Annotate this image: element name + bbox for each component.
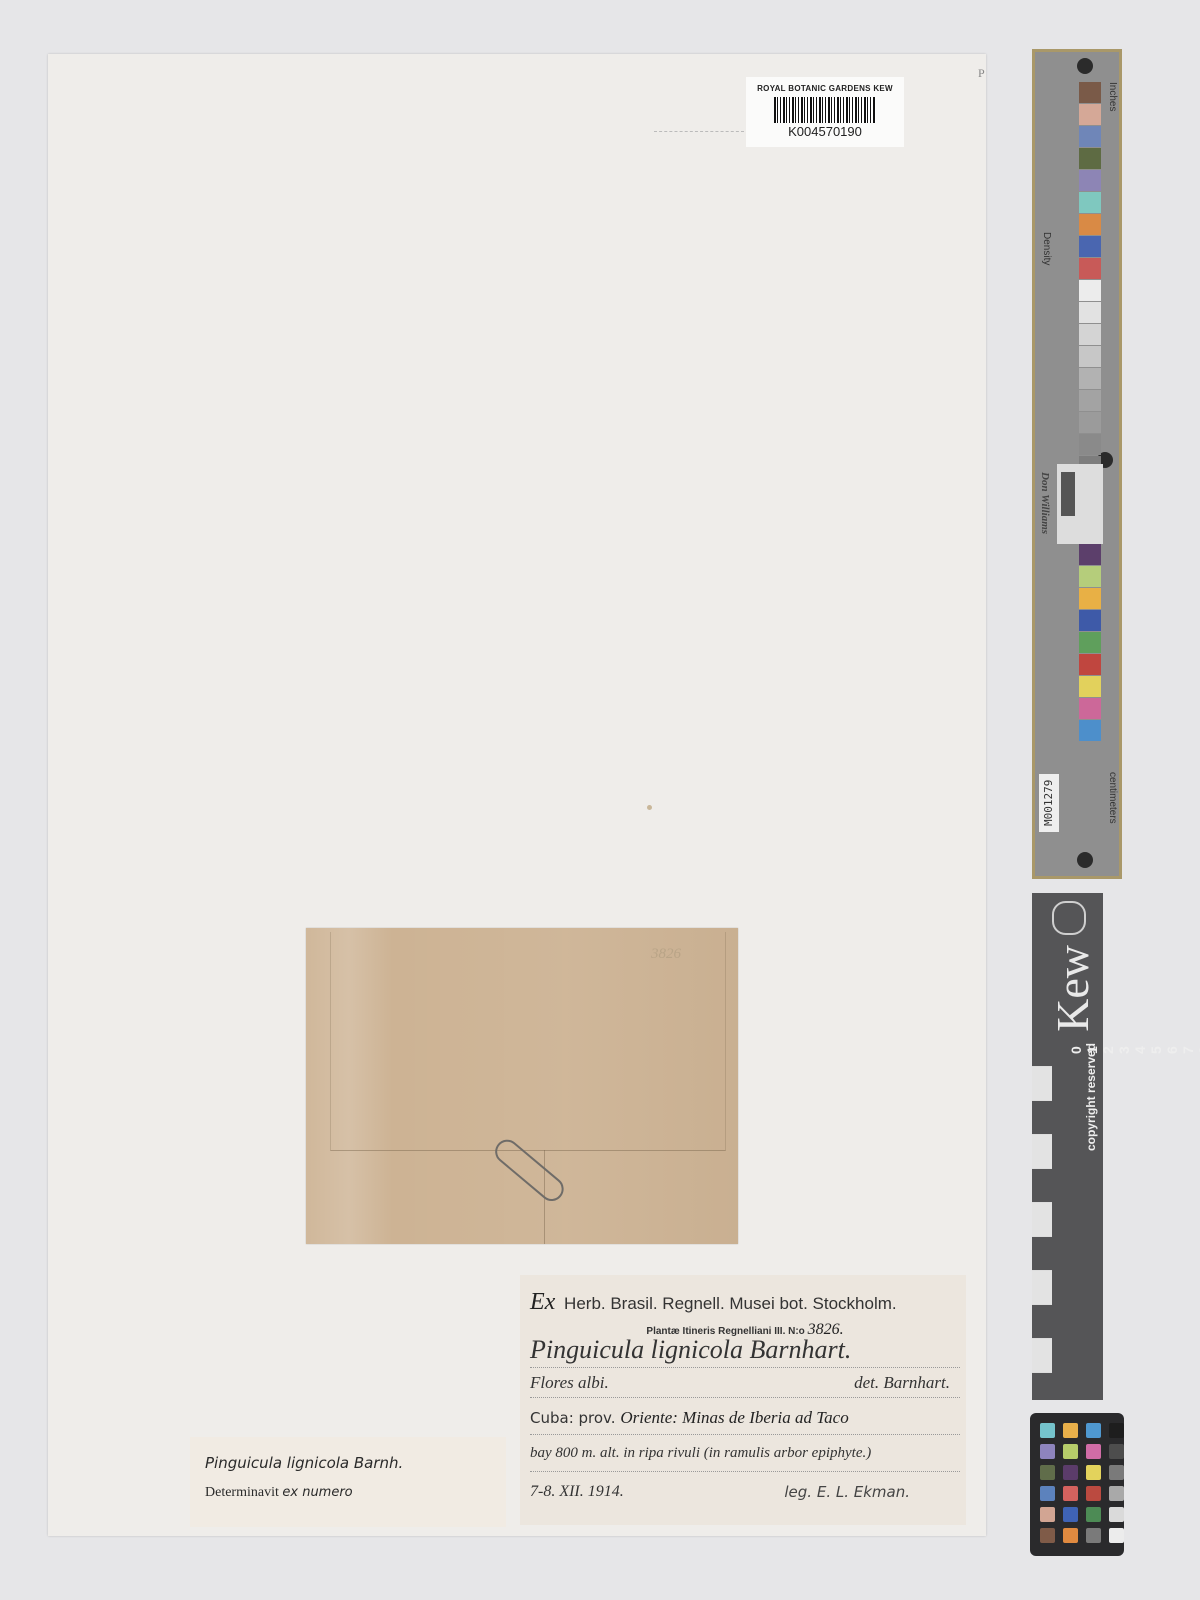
pencil-dots (654, 131, 744, 132)
hole-icon (1077, 58, 1093, 74)
date-collector-line: 7-8. XII. 1914. leg. E. L. Ekman. (530, 1483, 960, 1507)
checker-cell (1086, 1507, 1101, 1522)
colour-patch (1079, 412, 1101, 433)
institution-name: ROYAL BOTANIC GARDENS KEW (746, 84, 904, 93)
hole-icon (1077, 852, 1093, 868)
colour-patch (1079, 654, 1101, 675)
colour-patch (1079, 192, 1101, 213)
debris-speck (647, 805, 652, 810)
ruler-tick: 2 (1100, 1033, 1116, 1067)
colour-patch (1079, 588, 1101, 609)
checker-cell (1086, 1465, 1101, 1480)
resolution-target (1057, 464, 1103, 544)
colour-patch (1079, 346, 1101, 367)
locality-1: Oriente: Minas de Iberia ad Taco (620, 1408, 848, 1427)
centimeters-label: centimeters (1107, 772, 1118, 824)
kew-ruler: Kew 012345678910 copyright reserved (1032, 893, 1103, 1400)
checker-cell (1086, 1423, 1101, 1438)
checker-cell (1086, 1528, 1101, 1543)
colour-patches (1079, 82, 1101, 742)
barcode-label: ROYAL BOTANIC GARDENS KEW K004570190 (746, 77, 904, 147)
determination-slip: Pinguicula lignicola Barnh. Determinavit… (190, 1437, 506, 1527)
colour-patch (1079, 302, 1101, 323)
colour-patch (1079, 104, 1101, 125)
colour-patch (1079, 280, 1101, 301)
ruler-tick: 5 (1148, 1033, 1164, 1067)
checker-cell (1109, 1507, 1124, 1522)
checker-cell (1040, 1528, 1055, 1543)
checker-cell (1063, 1528, 1078, 1543)
colour-patch (1079, 258, 1101, 279)
colour-patch (1079, 390, 1101, 411)
checker-cell (1109, 1444, 1124, 1459)
corner-mark: P (978, 66, 985, 81)
checker-cell (1086, 1444, 1101, 1459)
locality-line-2: bay 800 m. alt. in ripa rivuli (in ramul… (530, 1445, 960, 1472)
colour-patch (1079, 698, 1101, 719)
barcode-number: K004570190 (746, 124, 904, 139)
colour-patch (1079, 610, 1101, 631)
colour-patch (1079, 368, 1101, 389)
specimen-envelope[interactable]: 3826 (306, 928, 738, 1244)
colour-patch (1079, 236, 1101, 257)
determination-source: ex numero (282, 1485, 352, 1500)
ex-text: Ex (530, 1289, 555, 1315)
checker-grid (1040, 1423, 1124, 1543)
note-line: Flores albi. det. Barnhart. (530, 1373, 960, 1398)
herbarium-name: Herb. Brasil. Regnell. Musei bot. Stockh… (564, 1294, 897, 1313)
colour-patch (1079, 720, 1101, 741)
checker-cell (1040, 1486, 1055, 1501)
scale-id: M001279 (1039, 774, 1059, 832)
checker-cell (1063, 1486, 1078, 1501)
scale-brand: Don Williams (1039, 472, 1051, 534)
colour-patch (1079, 148, 1101, 169)
flower-note: Flores albi. (530, 1373, 609, 1392)
checker-cell (1040, 1444, 1055, 1459)
ruler-tick: 0 (1068, 1033, 1084, 1067)
determiner: det. Barnhart. (854, 1373, 950, 1393)
colour-checker (1030, 1413, 1124, 1556)
herbarium-line: Ex Herb. Brasil. Regnell. Musei bot. Sto… (530, 1289, 960, 1316)
ruler-tick: 7 (1180, 1033, 1196, 1067)
collector: leg. E. L. Ekman. (784, 1483, 910, 1501)
density-label: Density (1041, 232, 1052, 265)
checker-cell (1063, 1507, 1078, 1522)
colour-patch (1079, 324, 1101, 345)
checker-cell (1109, 1486, 1124, 1501)
inches-label: Inches (1107, 82, 1118, 111)
determinavit-text: Determinavit (205, 1485, 279, 1500)
checker-cell (1063, 1465, 1078, 1480)
colour-patch (1079, 82, 1101, 103)
checker-cell (1109, 1528, 1124, 1543)
kew-logo: Kew (1046, 945, 1099, 1032)
checker-cell (1086, 1486, 1101, 1501)
ruler-tick: 4 (1132, 1033, 1148, 1067)
envelope-flap (330, 932, 726, 1151)
ruler-tick: 3 (1116, 1033, 1132, 1067)
checker-cell (1040, 1507, 1055, 1522)
ruler-scale (1032, 1033, 1052, 1388)
checker-cell (1040, 1423, 1055, 1438)
ruler-tick: 8 (1196, 1033, 1200, 1067)
barcode-icon (774, 97, 876, 123)
colour-patch (1079, 544, 1101, 565)
checker-cell (1063, 1423, 1078, 1438)
colour-patch (1079, 126, 1101, 147)
checker-cell (1109, 1465, 1124, 1480)
envelope-number: 3826 (651, 946, 681, 963)
taxon-name: Pinguicula lignicola Barnhart. (530, 1335, 960, 1368)
country-prefix: Cuba: prov. (530, 1409, 616, 1427)
checker-cell (1063, 1444, 1078, 1459)
ruler-numbers: 012345678910 (1068, 1033, 1084, 1067)
locality-line-1: Cuba: prov. Oriente: Minas de Iberia ad … (530, 1408, 960, 1435)
colour-patch (1079, 434, 1101, 455)
colour-patch (1079, 676, 1101, 697)
checker-cell (1040, 1465, 1055, 1480)
collection-date: 7-8. XII. 1914. (530, 1483, 624, 1500)
colour-patch (1079, 214, 1101, 235)
colour-patch (1079, 632, 1101, 653)
copyright-text: copyright reserved (1084, 1043, 1098, 1151)
determined-name: Pinguicula lignicola Barnh. (205, 1454, 403, 1472)
colour-patch (1079, 170, 1101, 191)
checker-cell (1109, 1423, 1124, 1438)
collection-label: Ex Herb. Brasil. Regnell. Musei bot. Sto… (520, 1275, 966, 1525)
crest-icon (1052, 901, 1086, 935)
determination-line: Determinavit ex numero (205, 1485, 353, 1501)
colour-scale: Inches centimeters Density Don Williams … (1032, 49, 1122, 879)
ruler-tick: 6 (1164, 1033, 1180, 1067)
colour-patch (1079, 566, 1101, 587)
